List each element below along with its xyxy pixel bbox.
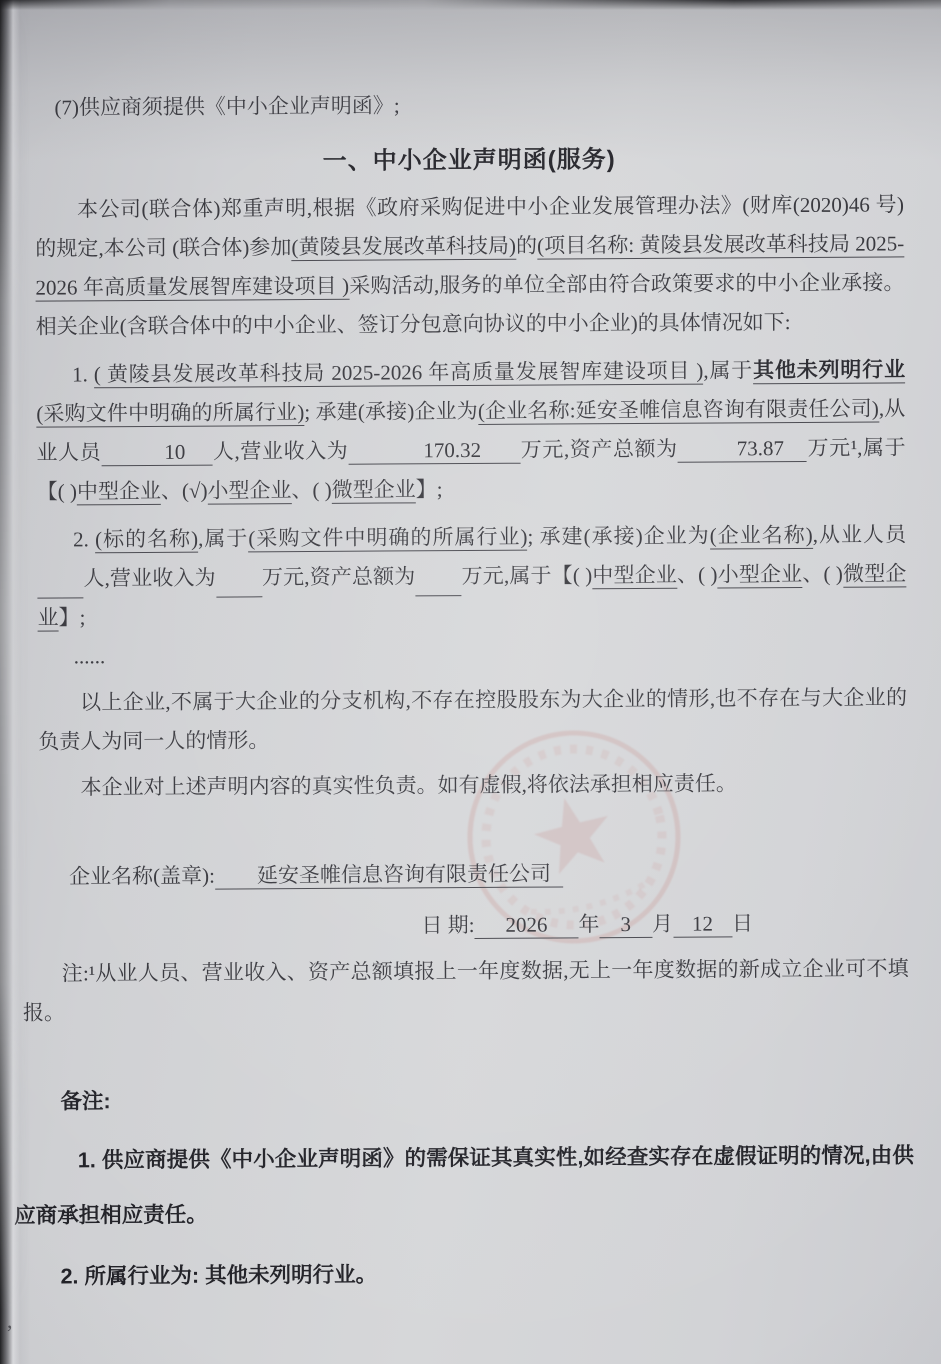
item-number: 2. — [73, 527, 95, 551]
text-segment: 】; — [416, 477, 443, 501]
industry-value: 其他未列明行业 — [753, 357, 905, 384]
target-name-placeholder: (标的名称) — [95, 527, 198, 554]
declaration-page: (7)供应商须提供《中小企业声明函》; 一、中小企业声明函(服务) 本公司(联合… — [34, 83, 910, 1304]
no-large-enterprise-paragraph: 以上企业,不属于大企业的分支机构,不存在控股股东为大企业的情形,也不存在与大企业… — [38, 678, 907, 761]
medium-enterprise-label: 中型企业 — [592, 563, 677, 590]
date-line: 日 期:2026年3月12日 — [421, 903, 908, 945]
clause-line: (7)供应商须提供《中小企业声明函》; — [34, 83, 903, 127]
industry-note: (采购文件中明确的所属行业) — [248, 525, 527, 553]
remarks-heading: 备注: — [13, 1069, 913, 1129]
medium-enterprise-label: 中型企业 — [77, 479, 161, 506]
target-name-field: ( 黄陵县发展改革科技局 2025-2026 年高质量发展智库建设项目 ) — [94, 359, 704, 389]
company-seal-label: 企业名称(盖章): — [69, 864, 215, 889]
employees-value: 10 — [101, 439, 212, 467]
checkbox-small: ( ) — [698, 563, 718, 587]
text-segment: 、 — [677, 563, 698, 587]
day-unit: 日 — [732, 911, 753, 935]
blank-employees-field — [37, 573, 83, 598]
text-segment: 、 — [161, 479, 182, 503]
small-enterprise-label: 小型企业 — [207, 478, 291, 505]
checkbox-medium: ( ) — [573, 563, 593, 587]
date-month-value: 3 — [599, 911, 652, 938]
small-enterprise-label: 小型企业 — [717, 562, 802, 589]
revenue-value: 170.32 — [348, 437, 520, 465]
footnote: 注:¹从业人员、营业收入、资产总额填报上一年度数据,无上一年度数据的新成立企业可… — [23, 949, 909, 1032]
document-photo: (7)供应商须提供《中小企业声明函》; 一、中小企业声明函(服务) 本公司(联合… — [0, 0, 941, 1364]
contractor-name-field: (企业名称:延安圣帷信息咨询有限责任公司) — [478, 397, 879, 425]
remark-item-2: 2. 所属行业为: 其他未列明行业。 — [14, 1244, 914, 1304]
declaration-paragraph: 本公司(联合体)郑重声明,根据《政府采购促进中小企业发展管理办法》(财库(202… — [35, 185, 905, 346]
year-unit: 年 — [578, 912, 599, 936]
checkbox-micro: ( ) — [312, 478, 331, 502]
micro-enterprise-label: 微型企业 — [332, 477, 416, 504]
text-segment: 万元,属于【 — [461, 563, 572, 588]
month-unit: 月 — [652, 912, 673, 936]
remark-item-1: 1. 供应商提供《中小企业声明函》的需保证其真实性,如经查实存在虚假证明的情况,… — [14, 1128, 915, 1243]
contractor-name-placeholder: (企业名称) — [710, 523, 813, 550]
remarks-section: 备注: 1. 供应商提供《中小企业声明函》的需保证其真实性,如经查实存在虚假证明… — [13, 1069, 914, 1304]
responsibility-paragraph: 本企业对上述声明内容的真实性负责。如有虚假,将依法承担相应责任。 — [38, 763, 907, 807]
date-year-value: 2026 — [474, 911, 578, 939]
checkbox-medium: ( ) — [58, 479, 77, 503]
company-signature-line: 企业名称(盖章):延安圣帷信息咨询有限责任公司 — [39, 852, 908, 896]
text-segment: 万元,资产总额为 — [520, 437, 678, 462]
enterprise-item-2: 2. (标的名称),属于(采购文件中明确的所属行业); 承建(承接)企业为(企业… — [37, 515, 907, 637]
text-segment: 、 — [802, 562, 823, 586]
industry-note: (采购文件中明确的所属行业) — [36, 400, 304, 428]
item-number: 1. — [72, 362, 94, 386]
text-segment: ,属于 — [198, 526, 248, 550]
text-segment: ; 承建(承接)企业为 — [527, 524, 709, 549]
date-day-value: 12 — [673, 910, 732, 937]
enterprise-item-1: 1. ( 黄陵县发展改革科技局 2025-2026 年高质量发展智库建设项目 )… — [36, 350, 906, 511]
text-segment: 人,营业收入为 — [212, 439, 348, 464]
page-title: 一、中小企业声明函(服务) — [35, 137, 904, 177]
text-segment: ,从业人员 — [813, 522, 906, 547]
clause-text: (7)供应商须提供《中小企业声明函》; — [54, 93, 399, 119]
blank-revenue-field — [216, 572, 262, 597]
assets-value: 73.87 — [678, 435, 807, 463]
checkbox-small-checked: (√) — [182, 479, 208, 503]
stray-mark: , — [7, 1308, 13, 1334]
text-segment: ; 承建(承接)企业为 — [304, 399, 478, 424]
text-segment: 、 — [291, 478, 312, 502]
purchaser-name-field: (黄陵县发展改革科技局) — [291, 234, 516, 261]
text-segment: 万元,资产总额为 — [262, 564, 416, 589]
text-segment: 】; — [58, 605, 85, 629]
date-label: 日 期: — [421, 913, 474, 937]
text-segment: 人,营业收入为 — [83, 566, 216, 591]
blank-assets-field — [415, 571, 461, 596]
text-segment: ,属于 — [703, 358, 753, 382]
company-name-value: 延安圣帷信息咨询有限责任公司 — [215, 860, 563, 889]
checkbox-micro: ( ) — [823, 562, 843, 586]
ellipsis-line: ...... — [38, 632, 907, 676]
text-segment: 的 — [516, 234, 537, 258]
page-top-edge-shadow — [0, 0, 941, 10]
